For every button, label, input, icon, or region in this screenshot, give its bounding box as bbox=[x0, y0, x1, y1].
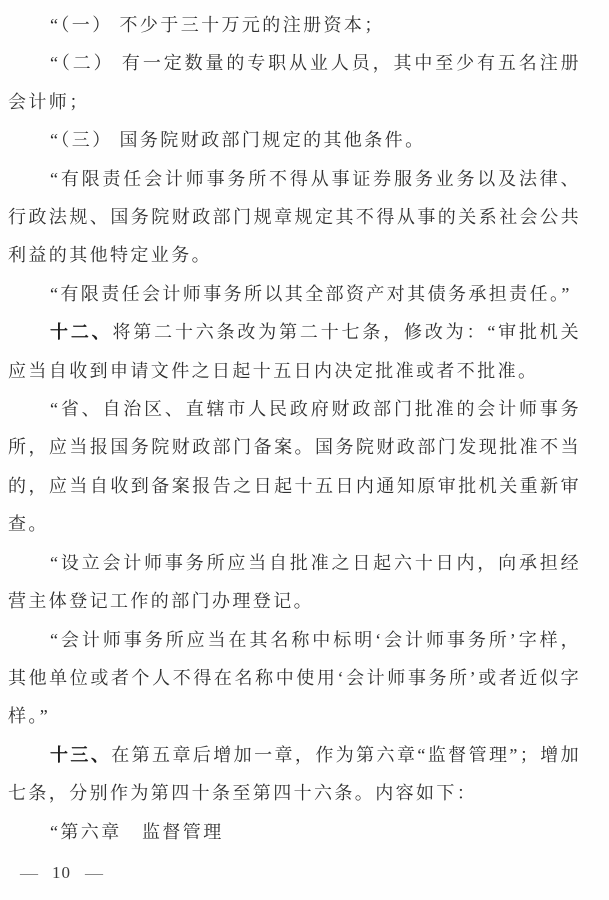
document-body: “（一） 不少于三十万元的注册资本；“（二） 有一定数量的专职从业人员，其中至少… bbox=[8, 6, 581, 851]
footer-right-dash: — bbox=[85, 864, 103, 882]
page-number-footer: — 10 — bbox=[20, 858, 103, 888]
footer-left-dash: — bbox=[20, 864, 38, 882]
item-number: 十二、 bbox=[50, 322, 112, 342]
paragraph: 十二、将第二十六条改为第二十七条，修改为：“审批机关应当自收到申请文件之日起十五… bbox=[8, 313, 581, 390]
paragraph: “有限责任会计师事务所不得从事证券服务业务以及法律、行政法规、国务院财政部门规章… bbox=[8, 160, 581, 275]
paragraph: “会计师事务所应当在其名称中标明‘会计师事务所’字样，其他单位或者个人不得在名称… bbox=[8, 621, 581, 736]
paragraph: “（三） 国务院财政部门规定的其他条件。 bbox=[8, 121, 581, 159]
item-number: 十三、 bbox=[50, 745, 111, 765]
paragraph: “有限责任会计师事务所以其全部资产对其债务承担责任。” bbox=[8, 275, 581, 313]
paragraph: 十三、在第五章后增加一章，作为第六章“监督管理”；增加七条，分别作为第四十条至第… bbox=[8, 736, 581, 813]
paragraph: “（一） 不少于三十万元的注册资本； bbox=[8, 6, 581, 44]
paragraph: “设立会计师事务所应当自批准之日起六十日内，向承担经营主体登记工作的部门办理登记… bbox=[8, 544, 581, 621]
chapter-heading: “第六章 监督管理 bbox=[8, 813, 581, 851]
paragraph: “省、自治区、直辖市人民政府财政部门批准的会计师事务所，应当报国务院财政部门备案… bbox=[8, 390, 581, 544]
paragraph: “（二） 有一定数量的专职从业人员，其中至少有五名注册会计师； bbox=[8, 44, 581, 121]
document-page: “（一） 不少于三十万元的注册资本；“（二） 有一定数量的专职从业人员，其中至少… bbox=[0, 0, 609, 900]
footer-page-number: 10 bbox=[52, 863, 71, 883]
